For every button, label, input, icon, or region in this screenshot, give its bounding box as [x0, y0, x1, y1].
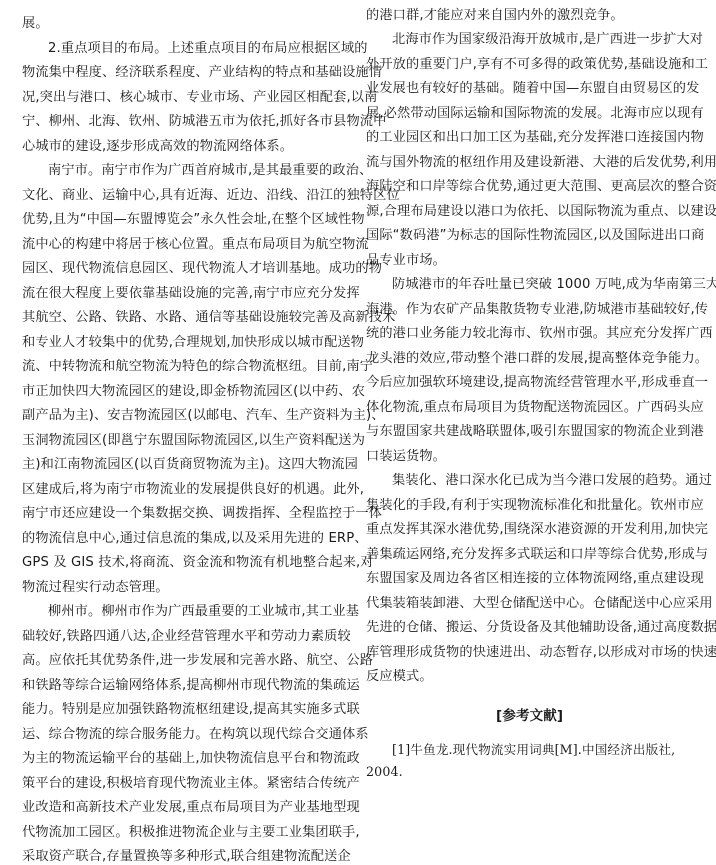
text-line: 体化物流,重点布局项目为货物配送物流园区。广西码头应 [366, 398, 704, 418]
text-line: 反应模式。 [366, 667, 433, 687]
text-line: 市正加快四大物流园区的建设,即金桥物流园区(以中药、农 [22, 382, 365, 402]
text-line: 重点发挥其深水港优势,围绕深水港资源的开发利用,加快完 [366, 520, 708, 540]
text-line: 代物流加工园区。积极推进物流企业与主要工业集团联手, [22, 823, 360, 843]
text-line: 主)和江南物流园区(以百货商贸物流为主)。这四大物流园 [22, 455, 358, 475]
text-line: 国际“数码港”为标志的国际性物流园区,以及国际进出口商 [366, 226, 704, 246]
text-line: 业发展也有较好的基础。随着中国—东盟自由贸易区的发 [366, 79, 699, 99]
text-line: 先进的仓储、搬运、分货设备及其他辅助设备,通过高度数据 [366, 618, 716, 638]
text-line: 与东盟国家共建战略联盟体,吸引东盟国家的物流企业到港 [366, 422, 704, 442]
text-line: 善集疏运网络,充分发挥多式联运和口岸等综合优势,形成与 [366, 545, 708, 565]
text-line: 和专业人才较集中的优势,合理规划,加快形成以城市配送物 [22, 333, 364, 353]
text-line: 为主的物流运输平台的基础上,加快物流信息平台和物流政 [22, 749, 360, 769]
paragraph-nanning: 南宁市。南宁市作为广西首府城市,是其最重要的政治、 [48, 161, 372, 181]
text-line: 其航空、公路、铁路、水路、通信等基础设施较完善及高新技术 [22, 308, 395, 328]
text-line: 和铁路等综合运输网络体系,提高柳州市现代物流的集疏运 [22, 676, 360, 696]
text-line: 物流集中程度、经济联系程度、产业结构的特点和基础设施情 [22, 63, 382, 83]
reference-item-cont: 2004. [366, 762, 403, 782]
text-line: 流与国外物流的枢纽作用及建设新港、大港的后发优势,利用 [366, 153, 716, 173]
text-line: 南宁市还应建设一个集数据交换、调拨指挥、全程监控于一体 [22, 504, 382, 524]
text-line: 园区、现代物流信息园区、现代物流人才培训基地。成功的物 [22, 259, 382, 279]
text-line: 区建成后,将为南宁市物流业的发展提供良好的机遇。此外, [22, 480, 364, 500]
text-line: 集装化的手段,有利于实现物流标准化和批量化。钦州市应 [366, 496, 704, 516]
text-line: 的港口群,才能应对来自国内外的激烈竞争。 [366, 6, 624, 26]
text-line: 外开放的重要门户,享有不可多得的政策优势,基础设施和工 [366, 55, 708, 75]
references-heading: [参考文献] [496, 706, 563, 726]
paragraph-fangchenggang: 防城港市的年吞吐量已突破 1000 万吨,成为华南第三大 [392, 275, 716, 295]
text-line: 的物流信息中心,通过信息流的集成,以及采用先进的 ERP、 [22, 529, 368, 549]
section-heading-line: 2.重点项目的布局。上述重点项目的布局应根据区域的 [48, 39, 368, 59]
text-line: 况,突出与港口、核心城市、专业市场、产业园区相配套,以南 [22, 88, 377, 108]
text-line: 文化、商业、运输中心,具有近海、近边、沿线、沿江的独特区位 [22, 186, 400, 206]
text-line: 统的港口业务能力较北海市、钦州市强。其应充分发挥广西 [366, 324, 713, 344]
text-line: 流在很大程度上要依靠基础设施的完善,南宁市应充分发挥 [22, 284, 360, 304]
text-line: 代集装箱装卸港、大型仓储配送中心。仓储配送中心应采用 [366, 594, 713, 614]
text-line: 流、中转物流和航空物流为特色的综合物流枢纽。目前,南宁 [22, 357, 373, 377]
text-line: 展。 [22, 14, 49, 34]
paragraph-liuzhou: 柳州市。柳州市作为广西最重要的工业城市,其工业基 [48, 602, 359, 622]
text-line: 的工业园区和出口加工区为基础,充分发挥港口连接国内物 [366, 128, 704, 148]
text-line: 玉洞物流园区(即邕宁东盟国际物流园区,以生产资料配送为 [22, 431, 365, 451]
text-line: 高。应依托其优势条件,进一步发展和完善水路、航空、公路 [22, 651, 373, 671]
reference-item: [1]牛鱼龙.现代物流实用词典[M].中国经济出版社, [392, 740, 675, 760]
text-line: 今后应加强软环境建设,提高物流经营管理水平,形成垂直一 [366, 373, 708, 393]
text-line: 龙头港的效应,带动整个港口群的发展,提高整体竞争能力。 [366, 349, 708, 369]
text-line: 能力。特别是应加强铁路物流枢纽建设,提高其实施多式联 [22, 700, 360, 720]
text-line: 策平台的建设,积极培育现代物流业主体。紧密结合传统产 [22, 774, 360, 794]
text-line: 运、综合物流的综合服务能力。在构筑以现代综合交通体系 [22, 725, 369, 745]
text-line: 库管理形成货物的快速进出、动态暂存,以形成对市场的快速 [366, 643, 716, 663]
text-line: 宁、柳州、北海、钦州、防城港五市为依托,抓好各市县物流中 [22, 112, 386, 132]
text-line: 品专业市场。 [366, 251, 446, 271]
text-line: 采取资产联合,存量置换等多种形式,联合组建物流配送企 [22, 847, 351, 865]
text-line: 业改造和高新技术产业发展,重点布局项目为产业基地型现 [22, 798, 360, 818]
text-line: GPS 及 GIS 技术,将商流、资金流和物流有机地整合起来,对 [22, 553, 374, 573]
text-line: 海陆空和口岸等综合优势,通过更大范围、更高层次的整合资 [366, 177, 716, 197]
text-line: 心城市的建设,逐步形成高效的物流网络体系。 [22, 137, 293, 157]
text-line: 物流过程实行动态管理。 [22, 578, 169, 598]
text-line: 海港。作为农矿产品集散货物专业港,防城港市基础较好,传 [366, 300, 708, 320]
text-line: 口装运货物。 [366, 447, 446, 467]
text-line: 流中心的构建中将居于核心位置。重点布局项目为航空物流 [22, 235, 369, 255]
text-line: 展,必然带动国际运输和国际物流的发展。北海市应以现有 [366, 104, 704, 124]
text-line: 优势,且为“中国—东盟博览会”永久性会址,在整个区域性物 [22, 210, 365, 230]
text-line: 源,合理布局建设以港口为依托、以国际物流为重点、以建设 [366, 202, 716, 222]
text-line: 副产品为主)、安吉物流园区(以邮电、汽车、生产资料为主)、 [22, 406, 385, 426]
paragraph-qinzhou: 集装化、港口深水化已成为当今港口发展的趋势。通过 [392, 471, 712, 491]
text-line: 东盟国家及周边各省区相连接的立体物流网络,重点建设现 [366, 569, 704, 589]
text-line: 础较好,铁路四通八达,企业经营管理水平和劳动力素质较 [22, 627, 351, 647]
paragraph-beihai: 北海市作为国家级沿海开放城市,是广西进一步扩大对 [392, 30, 703, 50]
